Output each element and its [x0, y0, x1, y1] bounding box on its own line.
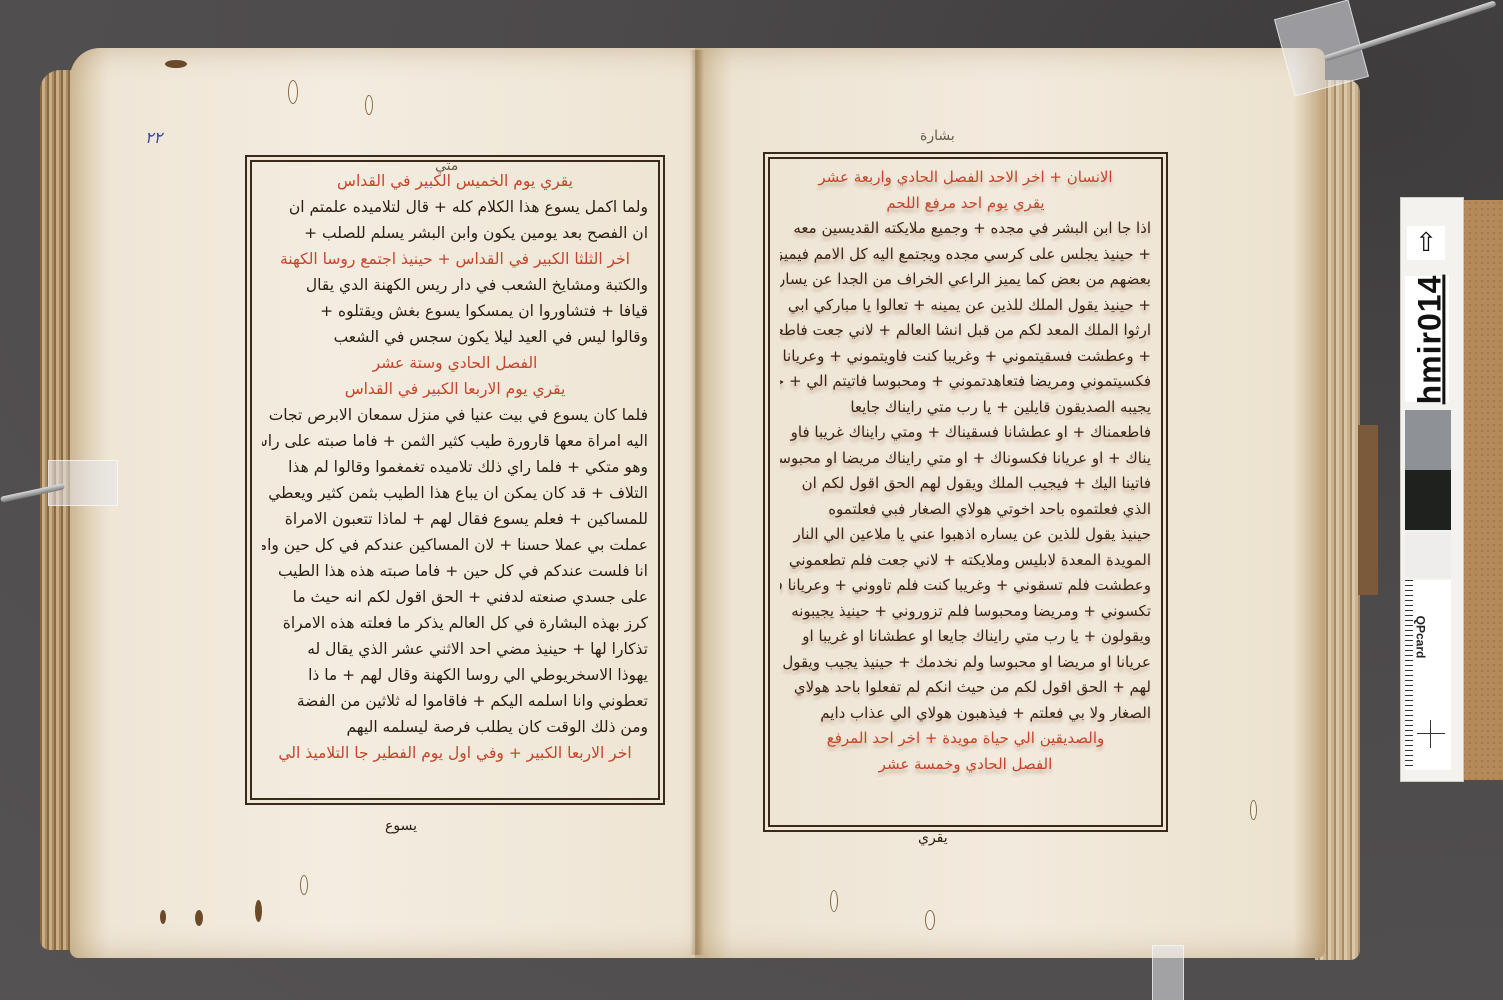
- worm-damage: [925, 910, 935, 930]
- up-arrow-icon: ⇧: [1407, 226, 1445, 260]
- open-manuscript: ٢٢ متي يقري يوم الخميس الكبير في القداسو…: [40, 40, 1360, 965]
- card-brand-panel: QPcard: [1405, 580, 1451, 770]
- manuscript-line: فاطعمناك + او عطشانا فسقيناك + ومتي راين…: [780, 420, 1151, 446]
- worm-damage: [365, 95, 373, 115]
- manuscript-line: عريانا او مريضا او محبوسا ولم نخدمك + حي…: [780, 650, 1151, 676]
- left-catchword: يسوع: [385, 818, 417, 834]
- manuscript-line: لهم + الحق اقول لكم من حيث انكم لم تفعلو…: [780, 675, 1151, 701]
- worm-damage: [830, 890, 838, 912]
- leather-tab: [1358, 425, 1378, 595]
- manuscript-line: فلما كان يسوع في بيت عنيا في منزل سمعان …: [262, 402, 648, 428]
- manuscript-line: اخر الاربعا الكبير + وفي اول يوم الفطير …: [262, 740, 648, 766]
- manuscript-line: وهو متكي + فلما راي ذلك تلاميده تغمغموا …: [262, 454, 648, 480]
- right-header-word: بشارة: [920, 128, 955, 144]
- manuscript-line: التلاف + قد كان يمكن ان يباع هذا الطيب ب…: [262, 480, 648, 506]
- manuscript-line: على جسدي صنعته لدفني + الحق اقول لكم انه…: [262, 584, 648, 610]
- manuscript-line: وعطشت فلم تسقوني + وغريبا كنت فلم تاووني…: [780, 573, 1151, 599]
- manuscript-line: + وعطشت فسقيتموني + وغريبا كنت فاويتموني…: [780, 344, 1151, 370]
- left-text-frame: يقري يوم الخميس الكبير في القداسولما اكم…: [250, 160, 660, 800]
- worm-damage: [300, 875, 308, 895]
- worm-damage: [165, 60, 187, 68]
- card-id-label: hmir014: [1405, 276, 1449, 402]
- worm-damage: [160, 910, 166, 924]
- manuscript-line: اخر الثلثا الكبير في القداس + حينيذ اجتم…: [262, 246, 648, 272]
- book-gutter: [690, 50, 704, 955]
- manuscript-line: الصغار ولا بي فعلتم + فيذهبون هولاي الي …: [780, 701, 1151, 727]
- manuscript-line: قيافا + فتشاوروا ان يمسكوا يسوع بغش ويقت…: [262, 298, 648, 324]
- manuscript-line: تكسوني + ومريضا ومحبوسا فلم تزوروني + حي…: [780, 599, 1151, 625]
- swatch-white: [1405, 532, 1451, 578]
- manuscript-line: يناك + او عريانا فكسوناك + او متي رايناك…: [780, 446, 1151, 472]
- manuscript-line: تعطوني وانا اسلمه اليكم + فاقاموا له ثلا…: [262, 688, 648, 714]
- manuscript-line: اليه امراة معها قارورة طيب كثير الثمن + …: [262, 428, 648, 454]
- swatch-mid-gray: [1405, 410, 1451, 470]
- right-catchword: يقري: [918, 830, 948, 846]
- manuscript-line: عملت بي عملا حسنا + لان المساكين عندكم ف…: [262, 532, 648, 558]
- worm-damage: [195, 910, 203, 926]
- manuscript-line: تذكارا لها + حينيذ مضي احد الاثني عشر ال…: [262, 636, 648, 662]
- tape-tab: [1152, 945, 1184, 1000]
- manuscript-line: يقري يوم الاربعا الكبير في القداس: [262, 376, 648, 402]
- worm-damage: [255, 900, 262, 922]
- manuscript-line: بعضهم من بعض كما يميز الراعي الخراف من ا…: [780, 267, 1151, 293]
- manuscript-line: الانسان + اخر الاحد الفصل الحادي واربعة …: [780, 165, 1151, 191]
- scale-ruler: [1405, 580, 1413, 770]
- worm-damage: [288, 80, 298, 104]
- worm-damage: [1250, 800, 1257, 820]
- manuscript-line: والكتبة ومشايخ الشعب في دار ريس الكهنة ا…: [262, 272, 648, 298]
- manuscript-line: وقالوا ليس في العيد ليلا يكون سجس في الش…: [262, 324, 648, 350]
- folio-number: ٢٢: [145, 128, 162, 147]
- manuscript-line: حينيذ يقول للذين عن يساره اذهبوا عني يا …: [780, 522, 1151, 548]
- manuscript-line: كرز بهذه البشارة في كل العالم يذكر ما فع…: [262, 610, 648, 636]
- calibration-card: ⇧ hmir014 QPcard: [1400, 197, 1464, 782]
- manuscript-line: الفصل الحادي وخمسة عشر: [780, 752, 1151, 778]
- manuscript-line: ارثوا الملك المعد لكم من قبل انشا العالم…: [780, 318, 1151, 344]
- crosshair-mark: [1417, 720, 1445, 748]
- manuscript-line: انا فلست عندكم في كل حين + فاما صبته هذه…: [262, 558, 648, 584]
- manuscript-line: ان الفصح بعد يومين يكون وابن البشر يسلم …: [262, 220, 648, 246]
- manuscript-line: المويدة المعدة لابليس وملايكته + لاني جع…: [780, 548, 1151, 574]
- manuscript-line: الفصل الحادي وستة عشر: [262, 350, 648, 376]
- manuscript-line: يجيبه الصديقون قايلين + يا رب متي رايناك…: [780, 395, 1151, 421]
- manuscript-line: والصديقين الي حياة مويدة + اخر احد المرف…: [780, 726, 1151, 752]
- swatch-black: [1405, 470, 1451, 530]
- manuscript-line: ولما اكمل يسوع هذا الكلام كله + قال لتلا…: [262, 194, 648, 220]
- manuscript-line: الذي فعلتموه باحد اخوتي هولاي الصغار فبي…: [780, 497, 1151, 523]
- manuscript-line: + حينيذ يجلس على كرسي مجده ويجتمع اليه ك…: [780, 242, 1151, 268]
- manuscript-line: فاتينا اليك + فيجيب الملك ويقول لهم الحق…: [780, 471, 1151, 497]
- manuscript-line: ويقولون + يا رب متي رايناك جايعا او عطشا…: [780, 624, 1151, 650]
- right-text-frame: الانسان + اخر الاحد الفصل الحادي واربعة …: [768, 157, 1163, 827]
- card-brand: QPcard: [1413, 616, 1427, 659]
- manuscript-line: اذا جا ابن البشر في مجده + وجميع ملايكته…: [780, 216, 1151, 242]
- manuscript-line: ومن ذلك الوقت كان يطلب فرصة ليسلمه اليهم: [262, 714, 648, 740]
- manuscript-line: + حينيذ يقول الملك للذين عن يمينه + تعال…: [780, 293, 1151, 319]
- manuscript-line: فكسيتموني ومريضا فتعاهدتموني + ومحبوسا ف…: [780, 369, 1151, 395]
- manuscript-line: للمساكين + فعلم يسوع فقال لهم + لماذا تت…: [262, 506, 648, 532]
- tape-tab: [48, 460, 118, 506]
- manuscript-line: يهوذا الاسخريوطي الي روسا الكهنة وقال له…: [262, 662, 648, 688]
- manuscript-line: يقري يوم الخميس الكبير في القداس: [262, 168, 648, 194]
- manuscript-line: يقري يوم احد مرفع اللحم: [780, 191, 1151, 217]
